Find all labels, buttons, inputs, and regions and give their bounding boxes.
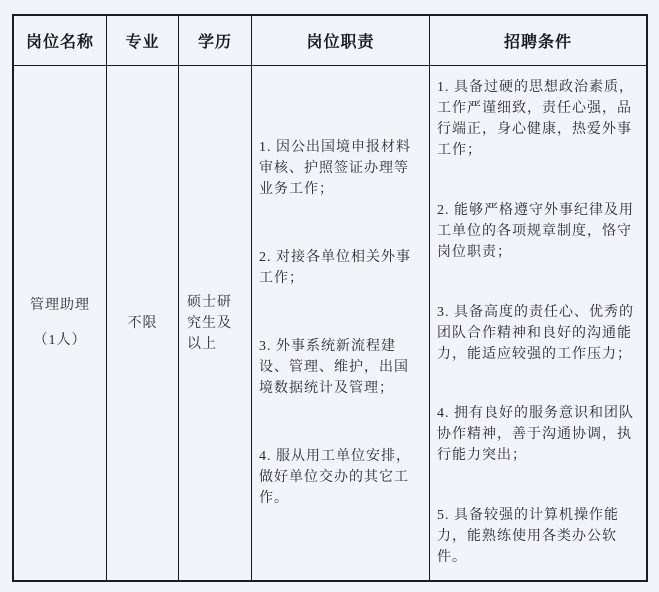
education-value: 硕士研究生及以上 (187, 292, 243, 355)
cell-major: 不限 (107, 66, 179, 580)
requirement-item: 1. 具备过硬的思想政治素质，工作严谨细致，责任心强，品行端正，身心健康，热爱外… (437, 77, 639, 161)
cell-education: 硕士研究生及以上 (179, 66, 252, 580)
requirement-item: 5. 具备较强的计算机操作能力，能熟练使用各类办公软件。 (437, 505, 639, 568)
major-value: 不限 (128, 313, 158, 334)
requirement-item: 4. 拥有良好的服务意识和团队协作精神，善于沟通协调，执行能力突出； (437, 403, 639, 466)
cell-duties: 1. 因公出国境申报材料审核、护照签证办理等业务工作； 2. 对接各单位相关外事… (252, 66, 430, 580)
header-major: 专业 (107, 16, 179, 66)
duty-item: 3. 外事系统新流程建设、管理、维护，出国境数据统计及管理； (259, 336, 422, 399)
header-education: 学历 (179, 16, 252, 66)
position-name: 管理助理 (30, 295, 90, 316)
table-body-row: 管理助理 （1人） 不限 硕士研究生及以上 1. 因公出国境申报材料审核、护照签… (14, 66, 646, 580)
cell-position-name: 管理助理 （1人） (14, 66, 107, 580)
table-header-row: 岗位名称 专业 学历 岗位职责 招聘条件 (14, 16, 646, 66)
requirement-item: 3. 具备高度的责任心、优秀的团队合作精神和良好的沟通能力，能适应较强的工作压力… (437, 302, 639, 365)
duty-item: 1. 因公出国境申报材料审核、护照签证办理等业务工作； (259, 137, 422, 200)
duty-item: 2. 对接各单位相关外事工作； (259, 247, 422, 289)
header-requirements: 招聘条件 (430, 16, 646, 66)
recruitment-table: 岗位名称 专业 学历 岗位职责 招聘条件 管理助理 （1人） 不限 硕士研究生及… (12, 14, 648, 582)
requirement-item: 2. 能够严格遵守外事纪律及用工单位的各项规章制度，恪守岗位职责； (437, 200, 639, 263)
position-headcount: （1人） (34, 330, 87, 351)
header-position-name: 岗位名称 (14, 16, 107, 66)
header-duties: 岗位职责 (252, 16, 430, 66)
duty-item: 4. 服从用工单位安排，做好单位交办的其它工作。 (259, 446, 422, 509)
cell-requirements: 1. 具备过硬的思想政治素质，工作严谨细致，责任心强，品行端正，身心健康，热爱外… (430, 66, 646, 580)
